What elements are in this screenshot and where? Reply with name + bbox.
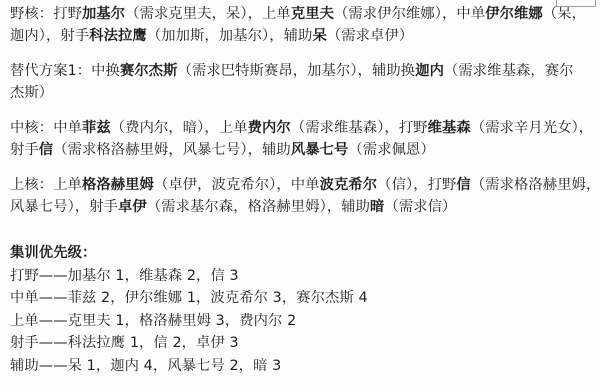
text-line[interactable]: 打野——加基尔 1，维基森 2，信 3 <box>10 265 558 288</box>
text-run: （需求维基森），打野 <box>291 120 428 136</box>
text-run: 辅助——呆 1，迦内 4，风暴七号 2，暗 3 <box>10 358 281 374</box>
text-run: 中单——菲兹 2，伊尔维娜 1，波克希尔 3，赛尔杰斯 4 <box>10 290 368 306</box>
text-run: （信），打野 <box>377 177 456 193</box>
text-run: 替代方案1：中换 <box>10 63 120 79</box>
bold-name-run: 赛尔杰斯 <box>120 63 178 79</box>
text-run: 风暴七号），射手 <box>10 199 118 215</box>
text-line[interactable]: 野核：打野加基尔（需求克里夫，呆），上单克里夫（需求伊尔维娜），中单伊尔维娜（呆… <box>10 3 558 25</box>
text-line[interactable]: 射手——科法拉鹰 1，信 2，卓伊 3 <box>10 332 558 355</box>
bold-name-run: 呆 <box>312 28 326 44</box>
text-line[interactable]: 上单——克里夫 1，格洛赫里姆 3，费内尔 2 <box>10 310 558 333</box>
bold-name-run: 加基尔 <box>82 6 125 22</box>
text-run: 射手——科法拉鹰 1，信 2，卓伊 3 <box>10 335 239 351</box>
text-line[interactable]: 上核：上单格洛赫里姆（卓伊，波克希尔），中单波克希尔（信），打野信（需求格洛赫里… <box>10 174 558 196</box>
bold-name-run: 伊尔维娜 <box>485 6 543 22</box>
page-boundary-mark-right <box>595 0 596 7</box>
bold-name-run: 波克希尔 <box>320 177 378 193</box>
text-line[interactable]: 风暴七号），射手卓伊（需求基尔森，格洛赫里姆），辅助暗（需求信） <box>10 196 558 218</box>
bold-name-run: 维基森 <box>428 120 471 136</box>
text-run: 迦内），射手 <box>10 28 89 44</box>
paragraph-mid-core[interactable]: 中核：中单菲兹（费内尔，暗），上单费内尔（需求维基森），打野维基森（需求辛月光女… <box>10 117 558 161</box>
paragraph-top-core[interactable]: 上核：上单格洛赫里姆（卓伊，波克希尔），中单波克希尔（信），打野信（需求格洛赫里… <box>10 174 558 218</box>
text-run: （卓伊，波克希尔），中单 <box>154 177 320 193</box>
text-run: （需求辛月光女）， <box>471 120 593 136</box>
text-run: （需求维基森，赛尔 <box>444 63 574 79</box>
bold-name-run: 菲兹 <box>82 120 111 136</box>
text-run: （需求信） <box>384 199 456 215</box>
text-run: （需求佩恩） <box>348 142 434 158</box>
text-run: （呆， <box>543 6 586 22</box>
text-run: （需求基尔森，格洛赫里姆），辅助 <box>147 199 370 215</box>
text-run: 上核：上单 <box>10 177 82 193</box>
bold-name-run: 卓伊 <box>118 199 147 215</box>
text-line[interactable]: 辅助——呆 1，迦内 4，风暴七号 2，暗 3 <box>10 355 558 378</box>
text-run: （加加斯，加基尔），辅助 <box>147 28 313 44</box>
text-line[interactable]: 替代方案1：中换赛尔杰斯（需求巴特斯赛昂，加基尔），辅助换迦内（需求维基森，赛尔 <box>10 60 558 82</box>
text-line[interactable]: 集训优先级： <box>10 242 558 265</box>
bold-name-run: 格洛赫里姆 <box>82 177 154 193</box>
document-page[interactable]: 野核：打野加基尔（需求克里夫，呆），上单克里夫（需求伊尔维娜），中单伊尔维娜（呆… <box>0 0 600 390</box>
bold-name-run: 迦内 <box>415 63 444 79</box>
text-run: （需求伊尔维娜），中单 <box>334 6 485 22</box>
text-run: （需求格洛赫里姆， <box>471 177 600 193</box>
text-run: （需求卓伊） <box>327 28 413 44</box>
text-run: 射手 <box>10 142 39 158</box>
text-run: 中核：中单 <box>10 120 82 136</box>
text-run: （需求克里夫，呆），上单 <box>125 6 291 22</box>
bold-name-run: 克里夫 <box>291 6 334 22</box>
text-line[interactable]: 射手信（需求格洛赫里姆，风暴七号），辅助风暴七号（需求佩恩） <box>10 139 558 161</box>
bold-name-run: 信 <box>456 177 470 193</box>
paragraph-jungle-core[interactable]: 野核：打野加基尔（需求克里夫，呆），上单克里夫（需求伊尔维娜），中单伊尔维娜（呆… <box>10 3 558 47</box>
text-run: 打野——加基尔 1，维基森 2，信 3 <box>10 268 239 284</box>
text-line[interactable]: 迦内），射手科法拉鹰（加加斯，加基尔），辅助呆（需求卓伊） <box>10 25 558 47</box>
text-run: 野核：打野 <box>10 6 82 22</box>
paragraph-training-priority[interactable]: 集训优先级：打野——加基尔 1，维基森 2，信 3中单——菲兹 2，伊尔维娜 1… <box>10 242 558 377</box>
bold-name-run: 费内尔 <box>248 120 291 136</box>
bold-name-run: 暗 <box>370 199 384 215</box>
text-line[interactable]: 中单——菲兹 2，伊尔维娜 1，波克希尔 3，赛尔杰斯 4 <box>10 287 558 310</box>
text-line[interactable]: 杰斯） <box>10 82 558 104</box>
text-run: 上单——克里夫 1，格洛赫里姆 3，费内尔 2 <box>10 313 296 329</box>
text-run: （费内尔，暗），上单 <box>111 120 248 136</box>
text-run: 杰斯） <box>10 85 53 101</box>
bold-name-run: 风暴七号 <box>291 142 349 158</box>
bold-name-run: 信 <box>39 142 53 158</box>
text-run: （需求格洛赫里姆，风暴七号），辅助 <box>53 142 291 158</box>
bold-name-run: 科法拉鹰 <box>89 28 147 44</box>
text-run: （需求巴特斯赛昂，加基尔），辅助换 <box>178 63 416 79</box>
text-line[interactable]: 中核：中单菲兹（费内尔，暗），上单费内尔（需求维基森），打野维基森（需求辛月光女… <box>10 117 558 139</box>
page-boundary-mark-horizontal <box>556 6 596 7</box>
paragraph-alternative-plan-1[interactable]: 替代方案1：中换赛尔杰斯（需求巴特斯赛昂，加基尔），辅助换迦内（需求维基森，赛尔… <box>10 60 558 104</box>
bold-name-run: 集训优先级： <box>10 245 96 261</box>
